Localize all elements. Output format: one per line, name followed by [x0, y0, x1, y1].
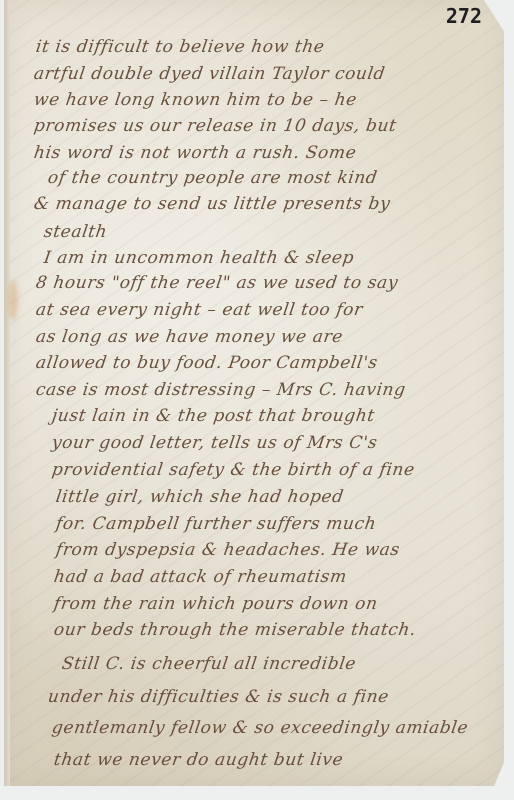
text-line: it is difficult to believe how the — [35, 37, 326, 57]
text-line: 8 hours "off the reel" as we used to say — [35, 273, 400, 293]
text-line: from the rain which pours down on — [53, 594, 379, 614]
text-line: under his difficulties & is such a fine — [47, 687, 391, 707]
text-line: we have long known him to be – he — [33, 90, 359, 110]
text-line: providential safety & the birth of a fin… — [51, 460, 417, 480]
text-line: promises us our release in 10 days, but — [33, 116, 398, 136]
folio-number: 272 — [446, 4, 482, 28]
text-line: for. Campbell further suffers much — [55, 514, 378, 534]
text-line: allowed to buy food. Poor Campbell's — [35, 353, 379, 373]
text-line: had a bad attack of rheumatism — [53, 567, 349, 587]
text-line: our beds through the miserable thatch. — [53, 620, 418, 640]
text-line: of the country people are most kind — [47, 168, 379, 188]
text-line: from dyspepsia & headaches. He was — [55, 540, 402, 560]
text-line: case is most distressing – Mrs C. having — [35, 380, 407, 400]
page-binding-edge — [4, 0, 10, 786]
text-line: that we never do aught but live — [53, 750, 345, 770]
scanned-document: 272 it is difficult to believe how the a… — [0, 0, 514, 800]
text-line: as long as we have money we are — [35, 327, 345, 347]
manuscript-page: 272 it is difficult to believe how the a… — [4, 0, 504, 786]
text-line: & manage to send us little presents by — [33, 194, 392, 214]
text-line: stealth — [43, 222, 109, 242]
text-line: Still C. is cheerful all incredible — [61, 654, 358, 674]
text-line: just lain in & the post that brought — [51, 406, 377, 426]
text-line: gentlemanly fellow & so exceedingly amia… — [51, 718, 470, 738]
text-line: your good letter, tells us of Mrs C's — [51, 433, 379, 453]
paper-stain — [8, 280, 18, 320]
text-line: I am in uncommon health & sleep — [43, 248, 356, 268]
text-line: at sea every night – eat well too for — [35, 300, 365, 320]
text-line: little girl, which she had hoped — [55, 487, 345, 507]
text-line: artful double dyed villain Taylor could — [33, 64, 387, 84]
text-line: his word is not worth a rush. Some — [33, 143, 358, 163]
